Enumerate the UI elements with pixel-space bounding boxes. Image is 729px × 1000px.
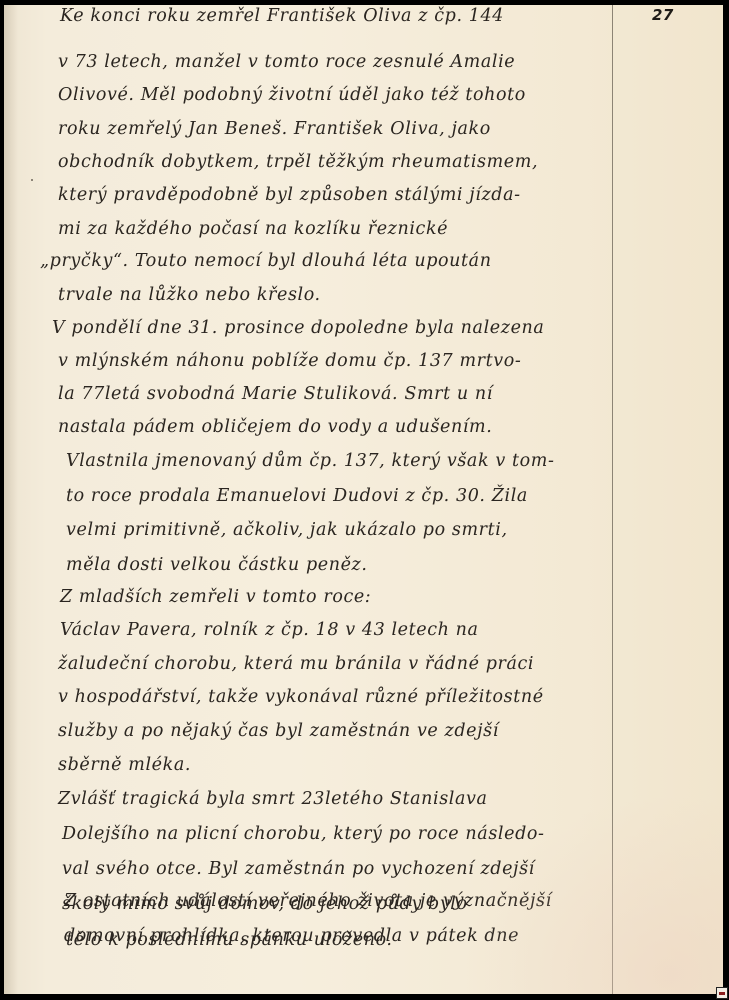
handwritten-line: val svého otce. Byl zaměstnán po vychoze… xyxy=(62,861,535,879)
handwritten-line: velmi primitivně, ačkoliv, jak ukázalo p… xyxy=(66,522,508,540)
handwritten-line: V pondělí dne 31. prosince dopoledne byl… xyxy=(52,320,544,338)
handwritten-line: nastala pádem obličejem do vody a udušen… xyxy=(58,419,492,437)
page-number: 27 xyxy=(652,6,674,24)
handwritten-line: Z mladších zemřeli v tomto roce: xyxy=(60,589,371,607)
handwritten-text-block: Ke konci roku zemřel František Oliva z č… xyxy=(4,5,612,994)
handwritten-line: měla dosti velkou částku peněz. xyxy=(66,557,368,575)
handwritten-line: Václav Pavera, rolník z čp. 18 v 43 lete… xyxy=(60,622,479,640)
document-page: 27 Ke konci roku zemřel František Oliva … xyxy=(4,5,723,994)
handwritten-line: žaludeční chorobu, která mu bránila v řá… xyxy=(58,656,534,674)
minus-icon xyxy=(719,992,725,995)
handwritten-line: to roce prodala Emanuelovi Dudovi z čp. … xyxy=(66,488,528,506)
handwritten-line: v hospodářství, takže vykonával různé př… xyxy=(58,689,544,707)
handwritten-line: trvale na lůžko nebo křeslo. xyxy=(58,287,321,305)
handwritten-line: Zvlášť tragická byla smrt 23letého Stani… xyxy=(58,791,488,809)
handwritten-line: „pryčky“. Touto nemocí byl dlouhá léta u… xyxy=(40,253,492,271)
handwritten-line: Olivové. Měl podobný životní úděl jako t… xyxy=(58,87,526,105)
handwritten-line: roku zemřelý Jan Beneš. František Oliva,… xyxy=(58,121,491,139)
handwritten-line: obchodník dobytkem, trpěl těžkým rheumat… xyxy=(58,154,538,172)
handwritten-line: Ke konci roku zemřel František Oliva z č… xyxy=(60,8,504,26)
handwritten-line: v mlýnském náhonu poblíže domu čp. 137 m… xyxy=(58,353,521,371)
handwritten-line: Dolejšího na plicní chorobu, který po ro… xyxy=(62,826,545,844)
paper-speck xyxy=(31,179,33,181)
handwritten-line: sběrně mléka. xyxy=(58,757,191,775)
handwritten-line: domovní prohlídka, kterou provedla v pát… xyxy=(64,928,519,946)
handwritten-line: la 77letá svobodná Marie Stuliková. Smrt… xyxy=(58,386,493,404)
handwritten-line: Vlastnila jmenovaný dům čp. 137, který v… xyxy=(66,453,554,471)
handwritten-line: Z ostatních událostí veřejného života je… xyxy=(64,893,552,911)
handwritten-line: který pravděpodobně byl způsoben stálými… xyxy=(58,187,521,205)
margin-rule xyxy=(612,5,613,994)
handwritten-line: v 73 letech, manžel v tomto roce zesnulé… xyxy=(58,54,515,72)
viewer-corner-widget[interactable] xyxy=(716,987,728,999)
handwritten-line: mi za každého počasí na kozlíku řeznické xyxy=(58,221,448,239)
handwritten-line: služby a po nějaký čas byl zaměstnán ve … xyxy=(58,723,499,741)
